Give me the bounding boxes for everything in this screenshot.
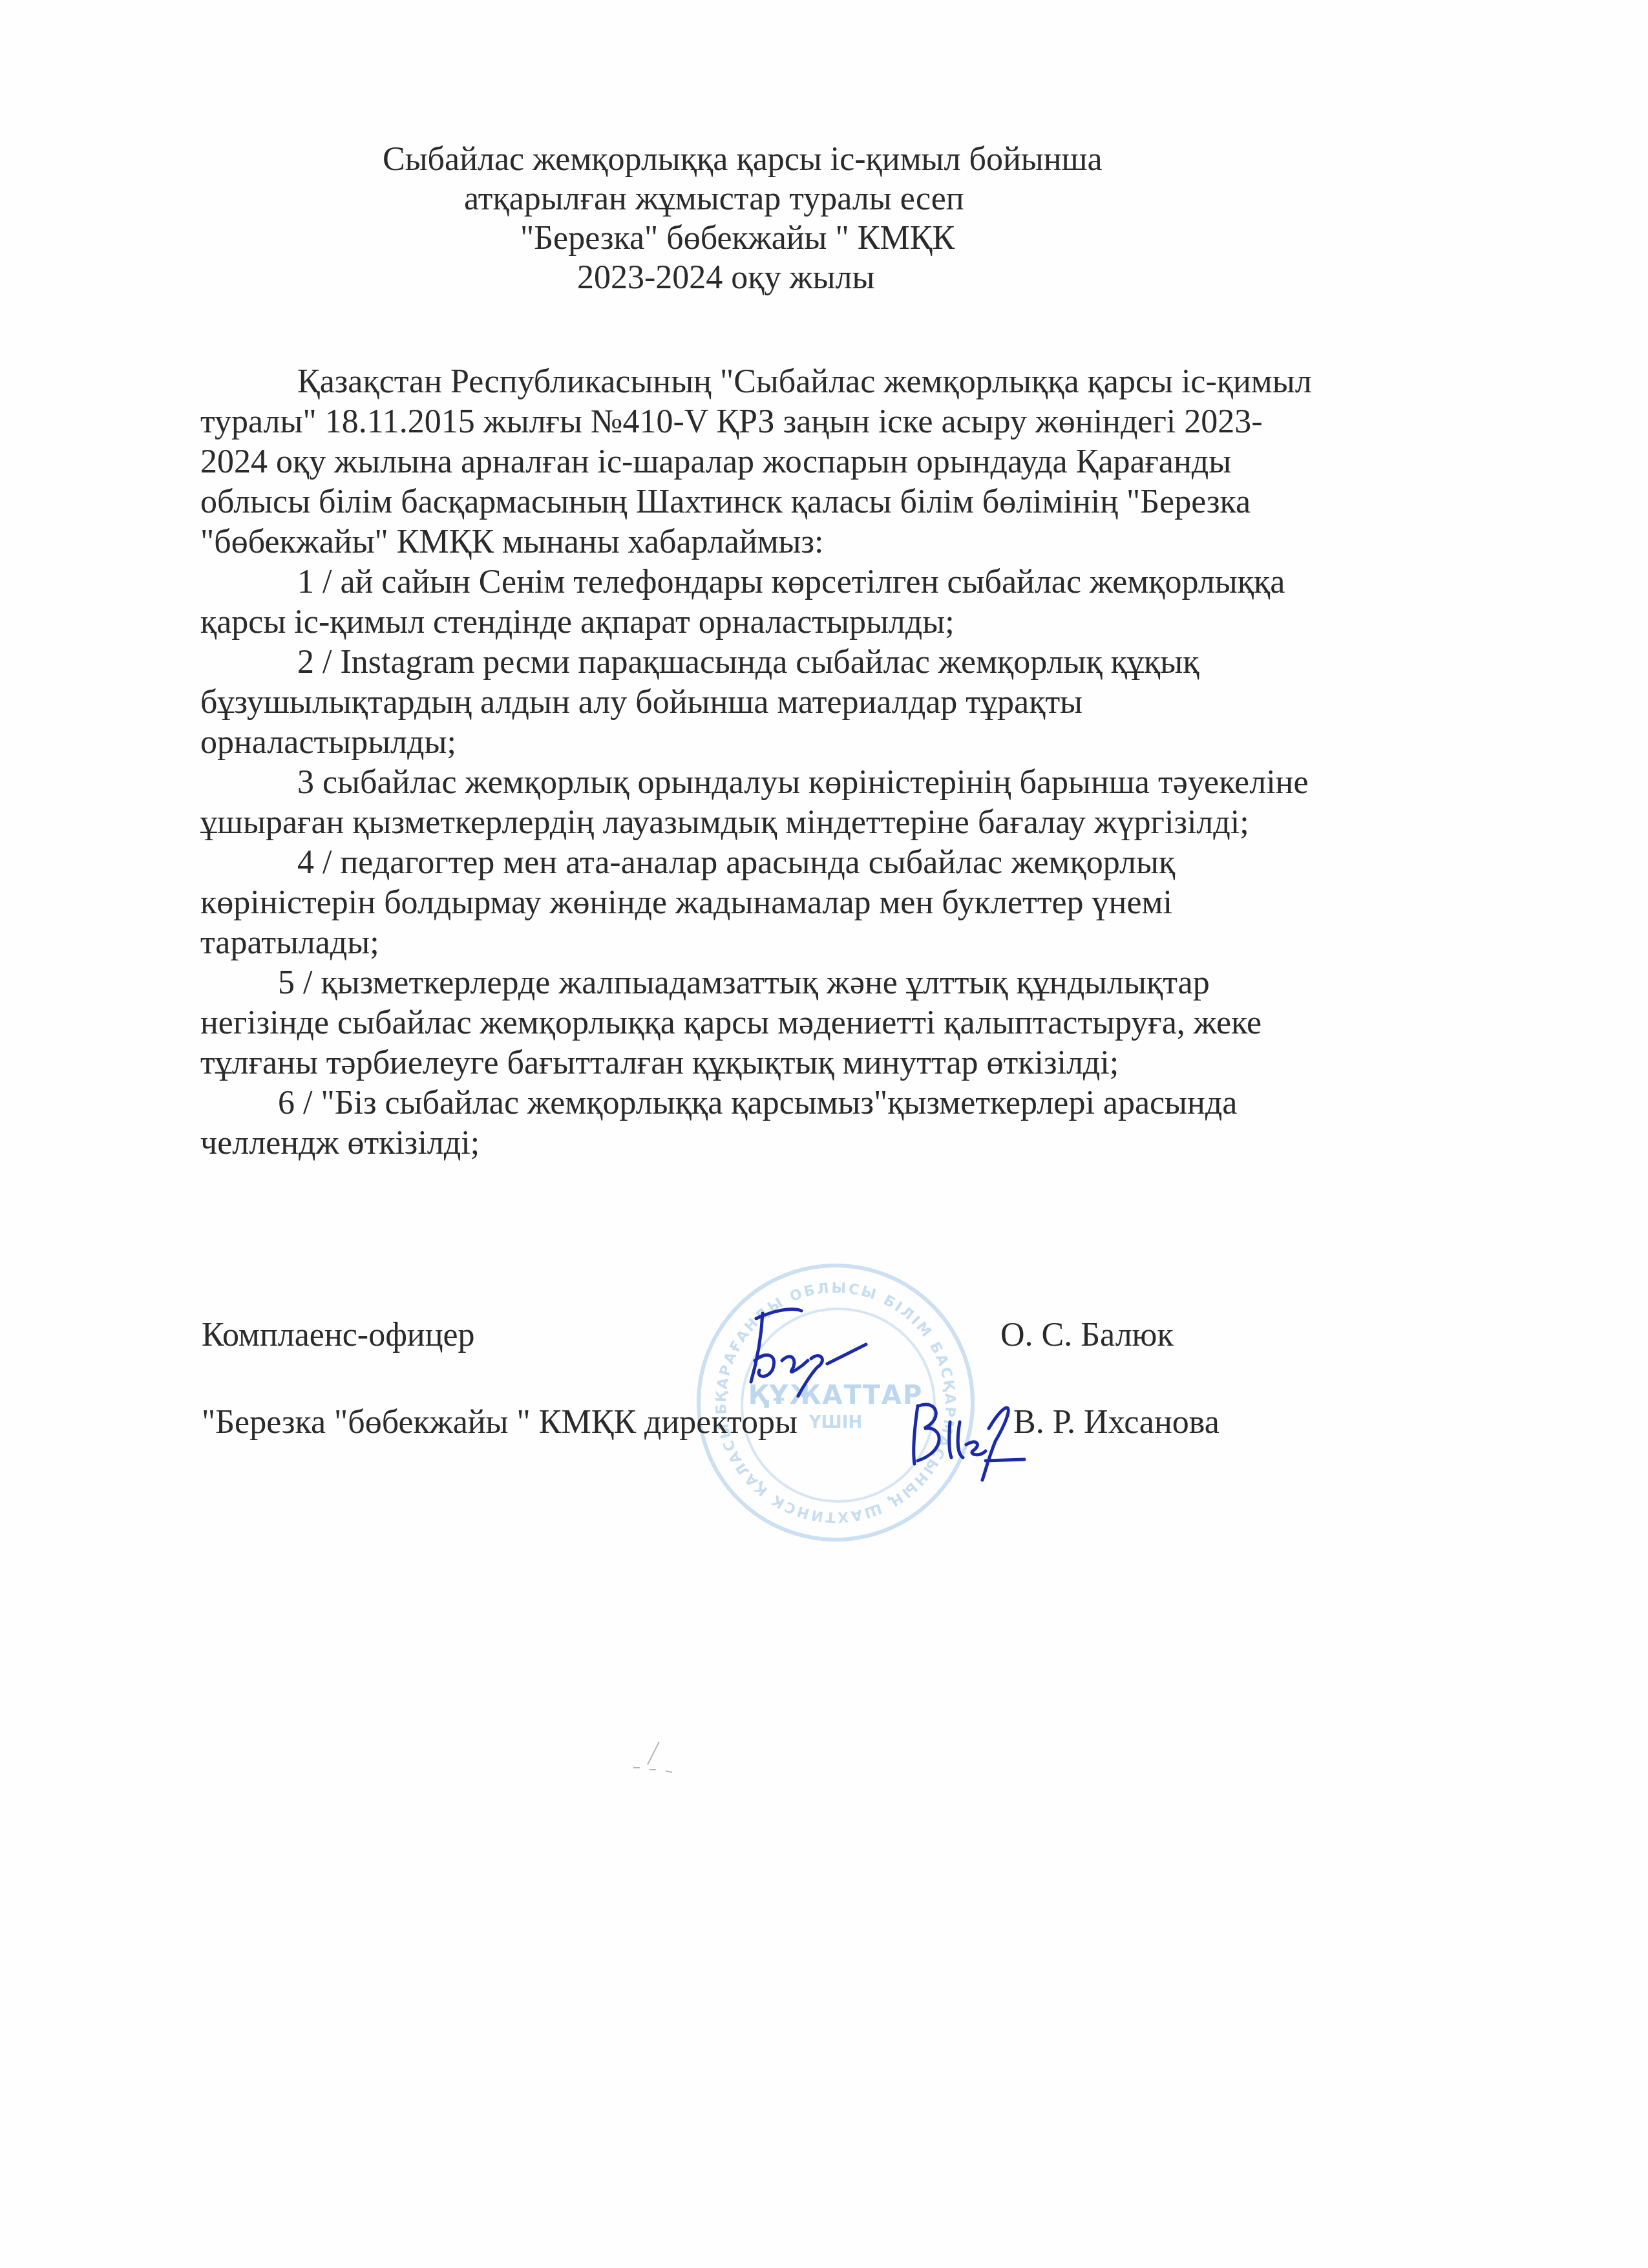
scan-artifact-icon (620, 1739, 698, 1777)
director-name: В. Р. Ихсанова (1013, 1403, 1220, 1443)
document-page: Сыбайлас жемқорлыққа қарсы іс-қимыл бойы… (0, 0, 1648, 2268)
signature-ikhsanova-icon (905, 1390, 1034, 1487)
signature-block: Комплаенс-офицер О. С. Балюк "Березка "б… (0, 0, 1648, 2268)
director-role: "Березка "бөбекжайы " КМҚК директоры (202, 1403, 798, 1443)
compliance-officer-name: О. С. Балюк (1000, 1315, 1174, 1355)
compliance-officer-role: Комплаенс-офицер (202, 1315, 475, 1355)
signature-balyuk-icon (737, 1299, 872, 1403)
